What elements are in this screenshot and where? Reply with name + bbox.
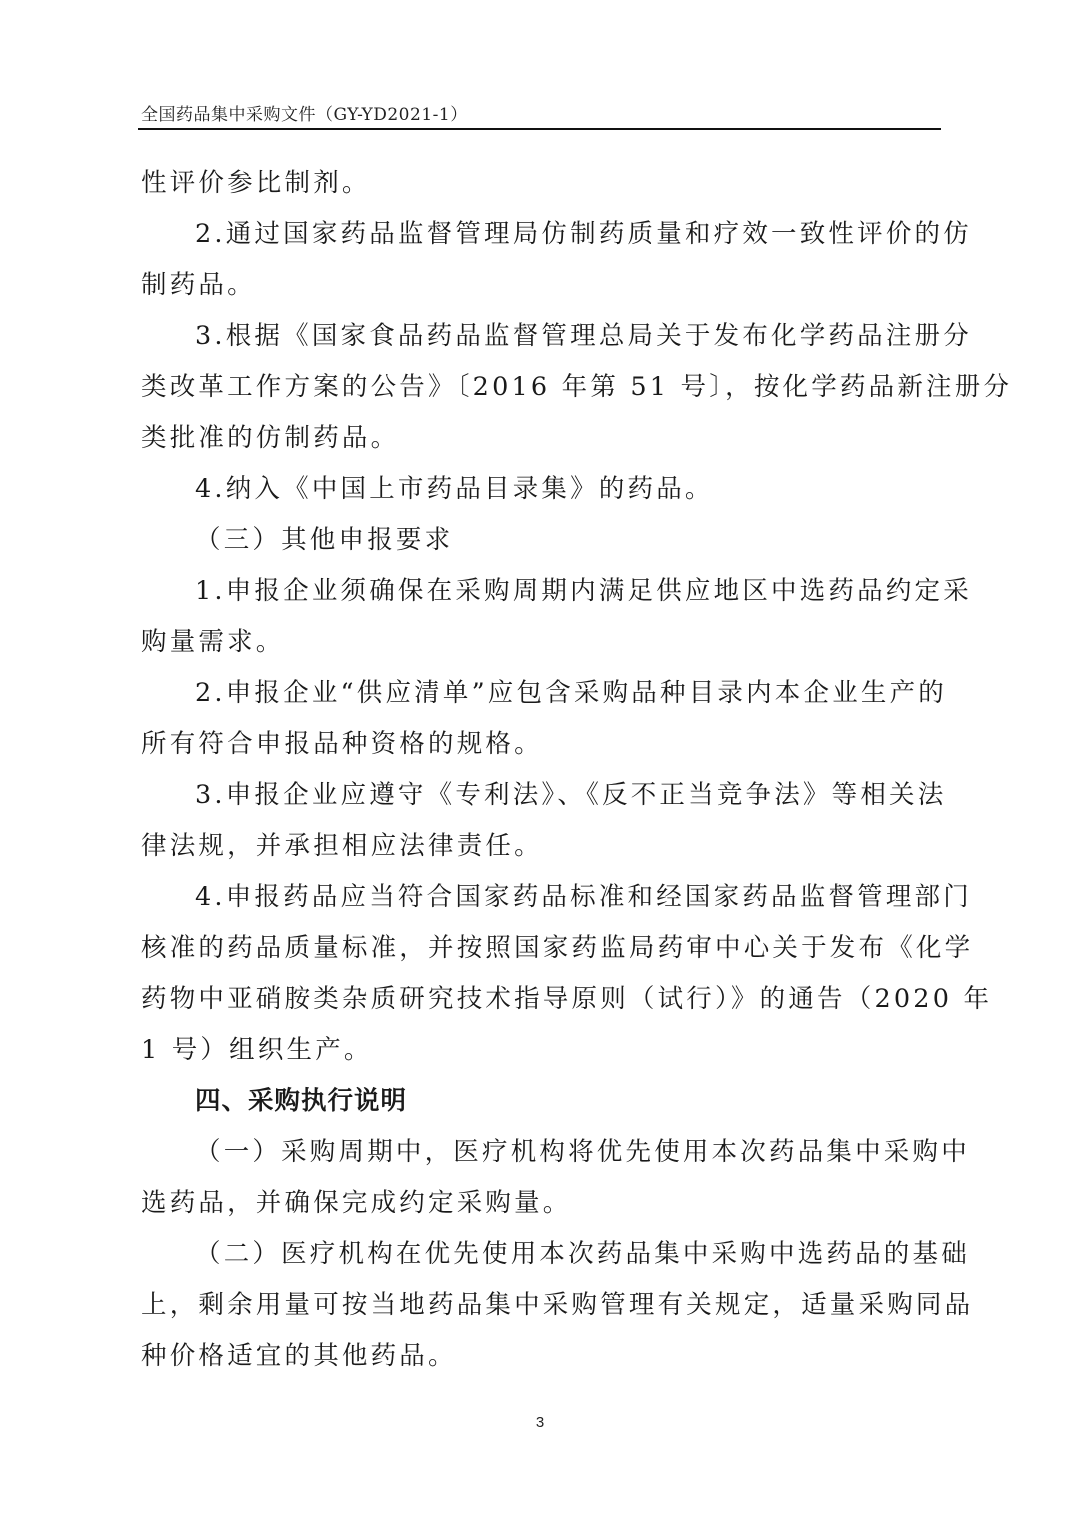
paragraph-line: 种价格适宜的其他药品。 [141,1331,941,1382]
paragraph-line: 3.申报企业应遵守《专利法》、《反不正当竞争法》等相关法 [141,770,941,821]
header-divider [138,128,941,130]
paragraph-line: （一）采购周期中，医疗机构将优先使用本次药品集中采购中 [141,1127,941,1178]
paragraph-line: 选药品，并确保完成约定采购量。 [141,1178,941,1229]
page-number: 3 [0,1414,1080,1431]
paragraph-line: 上，剩余用量可按当地药品集中采购管理有关规定，适量采购同品 [141,1280,941,1331]
paragraph-line: 2.申报企业“供应清单”应包含采购品种目录内本企业生产的 [141,668,941,719]
paragraph-line: 类批准的仿制药品。 [141,413,941,464]
paragraph-line: 性评价参比制剂。 [141,158,941,209]
section-heading: 四、采购执行说明 [141,1076,941,1127]
paragraph-line: 药物中亚硝胺类杂质研究技术指导原则（试行）》的通告（2020 年 [141,974,941,1025]
paragraph-line: 核准的药品质量标准，并按照国家药监局药审中心关于发布《化学 [141,923,941,974]
document-body: 性评价参比制剂。2.通过国家药品监督管理局仿制药质量和疗效一致性评价的仿制药品。… [141,158,941,1382]
paragraph-line: 1 号）组织生产。 [141,1025,941,1076]
paragraph-line: 购量需求。 [141,617,941,668]
paragraph-line: 律法规，并承担相应法律责任。 [141,821,941,872]
paragraph-line: 4.申报药品应当符合国家药品标准和经国家药品监督管理部门 [141,872,941,923]
paragraph-line: 3.根据《国家食品药品监督管理总局关于发布化学药品注册分 [141,311,941,362]
paragraph-line: 2.通过国家药品监督管理局仿制药质量和疗效一致性评价的仿 [141,209,941,260]
paragraph-line: 类改革工作方案的公告》〔2016 年第 51 号〕，按化学药品新注册分 [141,362,941,413]
paragraph-line: 4.纳入《中国上市药品目录集》的药品。 [141,464,941,515]
paragraph-line: 1.申报企业须确保在采购周期内满足供应地区中选药品约定采 [141,566,941,617]
paragraph-line: （二）医疗机构在优先使用本次药品集中采购中选药品的基础 [141,1229,941,1280]
paragraph-line: 所有符合申报品种资格的规格。 [141,719,941,770]
paragraph-line: （三）其他申报要求 [141,515,941,566]
paragraph-line: 制药品。 [141,260,941,311]
document-header: 全国药品集中采购文件（GY-YD2021-1） [141,100,468,125]
